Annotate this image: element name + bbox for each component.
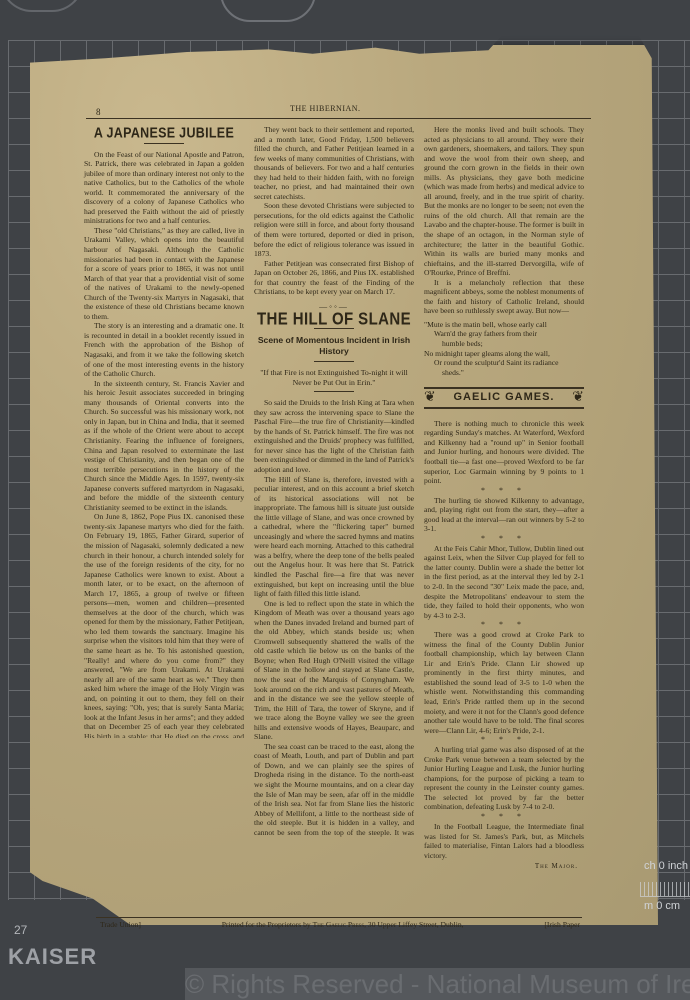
poem-line: sheds." bbox=[424, 368, 584, 378]
article-subtitle: Scene of Momentous Incident in Irish His… bbox=[254, 335, 414, 357]
paragraph: On the Feast of our National Apostle and… bbox=[84, 150, 244, 226]
column-1: A JAPANESE JUBILEE On the Feast of our N… bbox=[84, 125, 244, 738]
column-3: Here the monks lived and built schools. … bbox=[424, 125, 584, 872]
page-number: 8 bbox=[96, 107, 101, 117]
paragraph: There is nothing much to chronicle this … bbox=[424, 419, 584, 486]
gaelic-games-banner: ❦ GAELIC GAMES. ❦ bbox=[424, 387, 584, 409]
poem-line: Or round the sculptur'd Saint its radian… bbox=[424, 358, 584, 368]
paragraph: Father Petitjean was consecrated first B… bbox=[254, 259, 414, 297]
pull-quote: "If that Fire is not Extinguished To-nig… bbox=[260, 368, 408, 387]
footer-rule bbox=[96, 917, 582, 918]
separator-stars: * * * bbox=[424, 620, 584, 630]
paragraph: In the sixteenth century, St. Francis Xa… bbox=[84, 379, 244, 513]
imprint-footer: Trade Union] Printed for the Proprietors… bbox=[100, 920, 580, 929]
kaiser-logo: KAISER bbox=[8, 944, 97, 970]
article-title-japanese-jubilee: A JAPANESE JUBILEE bbox=[84, 128, 244, 139]
paragraph: It is a melancholy reflection that these… bbox=[424, 278, 584, 316]
footer-left: Trade Union] bbox=[100, 920, 141, 929]
paragraph: There was a good crowd at Croke Park to … bbox=[424, 630, 584, 735]
glass-weight bbox=[0, 0, 84, 12]
paragraph: These "old Christians," as they are call… bbox=[84, 226, 244, 321]
flourish-icon: ❦ bbox=[424, 393, 436, 403]
paragraph: The hurling tie showed Kilkenny to advan… bbox=[424, 496, 584, 534]
column-2: They went back to their settlement and r… bbox=[254, 125, 414, 838]
paragraph: The sea coast can be traced to the east,… bbox=[254, 742, 414, 838]
divider bbox=[314, 361, 354, 362]
publisher-name: The Gaelic Press bbox=[313, 920, 364, 929]
ruler-inch-label: ch 0 inch bbox=[644, 860, 688, 872]
paragraph: Here the monks lived and built schools. … bbox=[424, 125, 584, 278]
poem-line: No midnight taper gleams along the wall, bbox=[424, 349, 584, 359]
paragraph: Soon these devoted Christians were subje… bbox=[254, 201, 414, 258]
paragraph: The Hill of Slane is, therefore, investe… bbox=[254, 475, 414, 599]
article-title-hill-of-slane: THE HILL OF SLANE bbox=[254, 315, 414, 326]
copyright-watermark: © Rights Reserved - National Museum of I… bbox=[185, 968, 690, 1000]
glass-weight bbox=[220, 0, 316, 22]
paragraph: The story is an interesting and a dramat… bbox=[84, 321, 244, 378]
ruler-ticks bbox=[640, 882, 690, 897]
header-rule bbox=[86, 118, 591, 119]
poem-verse: "Mute is the matin bell, whose early cal… bbox=[424, 320, 584, 377]
mat-number: 27 bbox=[14, 923, 27, 937]
separator-stars: * * * bbox=[424, 812, 584, 822]
divider bbox=[314, 391, 354, 392]
paragraph: So said the Druids to the Irish King at … bbox=[254, 398, 414, 474]
article-title-gaelic-games: GAELIC GAMES. bbox=[453, 393, 554, 403]
separator-stars: * * * bbox=[424, 534, 584, 544]
paragraph: They went back to their settlement and r… bbox=[254, 125, 414, 201]
flourish-icon: ❦ bbox=[572, 393, 584, 403]
scale-ruler: ch 0 inch m 0 cm bbox=[640, 860, 690, 920]
footer-center: Printed for the Proprietors by The Gaeli… bbox=[222, 920, 464, 929]
paragraph: One is led to reflect upon the state in … bbox=[254, 599, 414, 742]
footer-right: [Irish Paper bbox=[544, 920, 580, 929]
separator-stars: * * * bbox=[424, 486, 584, 496]
poem-line: humble beds; bbox=[424, 339, 584, 349]
paragraph: At the Feis Cahir Mhor, Tullow, Dublin l… bbox=[424, 544, 584, 620]
poem-line: Warn'd the gray fathers from their bbox=[424, 329, 584, 339]
paragraph: In the Football League, the Intermediate… bbox=[424, 822, 584, 860]
divider bbox=[144, 143, 184, 144]
paragraph: On June 8, 1862, Pope Pius IX. canonised… bbox=[84, 512, 244, 738]
poem-line: "Mute is the matin bell, whose early cal… bbox=[424, 320, 584, 330]
masthead: THE HIBERNIAN. bbox=[290, 104, 361, 113]
separator-stars: * * * bbox=[424, 735, 584, 745]
ruler-cm-label: m 0 cm bbox=[644, 900, 680, 912]
paragraph: A hurling trial game was also disposed o… bbox=[424, 745, 584, 812]
byline: The Major. bbox=[424, 862, 584, 872]
